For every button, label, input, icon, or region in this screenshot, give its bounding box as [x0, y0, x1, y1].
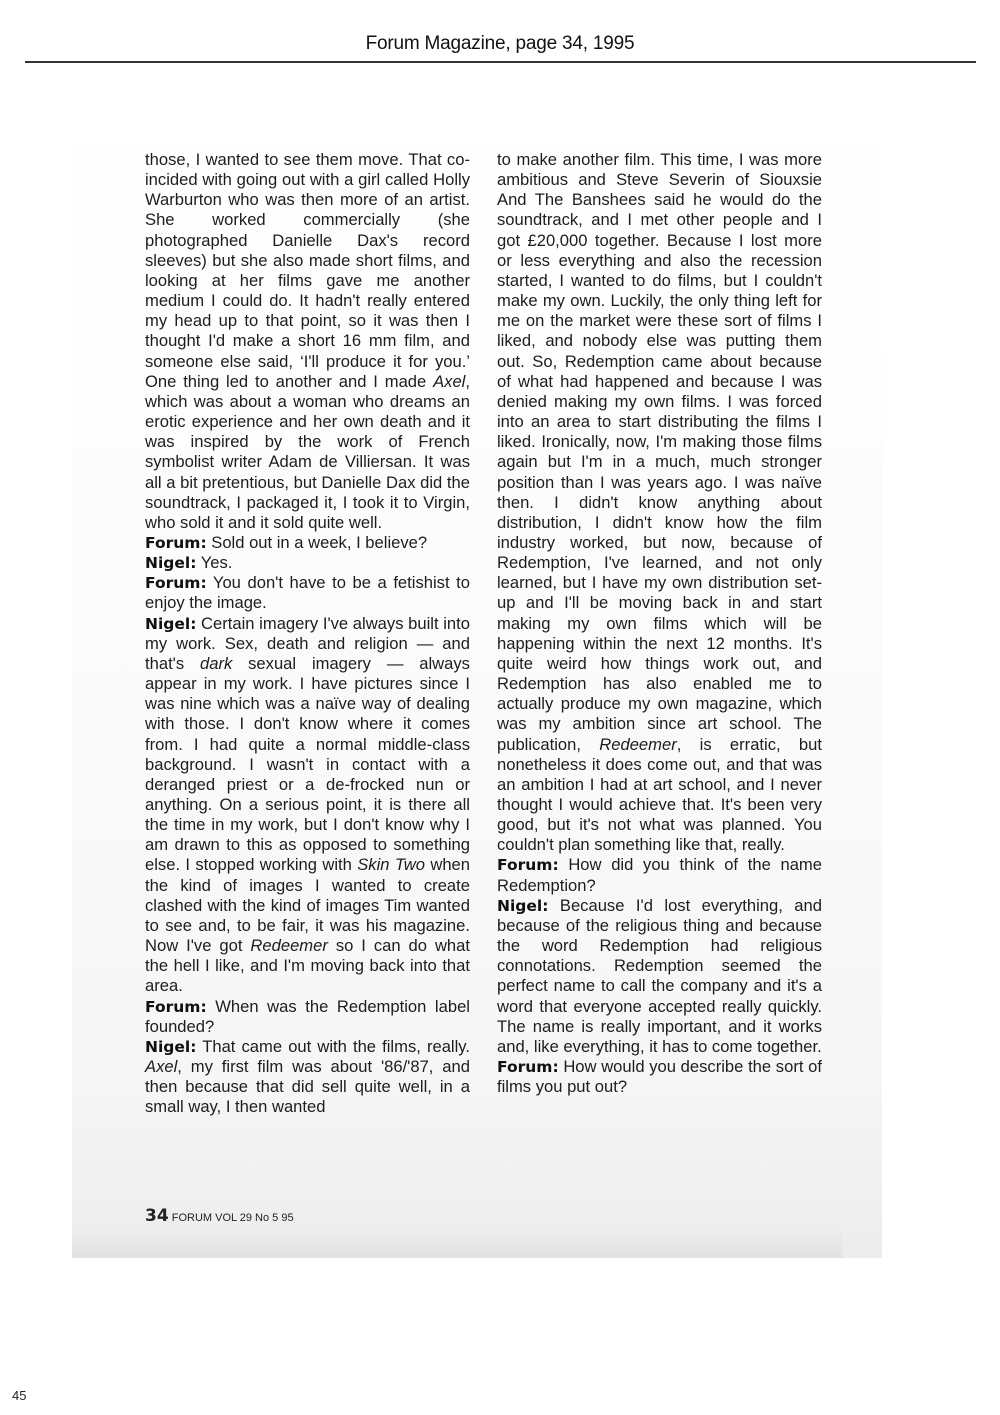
interview-question: Forum: How did you think of the name Red…: [497, 855, 822, 895]
speaker-label: Forum:: [145, 574, 207, 592]
article-column-left: those, I wanted to see them move. That c…: [145, 150, 470, 1118]
page-title: Forum Magazine, page 34, 1995: [0, 33, 1000, 55]
interview-answer: Nigel: Yes.: [145, 553, 470, 573]
film-title: Axel: [145, 1057, 177, 1076]
speaker-label: Forum:: [145, 534, 207, 552]
interview-question: Forum: You don't have to be a fetishist …: [145, 573, 470, 613]
header-divider: [25, 61, 976, 63]
speaker-label: Nigel:: [145, 615, 196, 633]
interview-question: Forum: Sold out in a week, I believe?: [145, 533, 470, 553]
interview-answer: Nigel: That came out with the films, rea…: [145, 1037, 470, 1118]
interview-question: Forum: How would you describe the sort o…: [497, 1057, 822, 1097]
speaker-label: Forum:: [497, 856, 559, 874]
interview-question: Forum: When was the Redemption label fou…: [145, 997, 470, 1037]
document-page-number: 45: [12, 1388, 26, 1403]
speaker-label: Forum:: [145, 998, 207, 1016]
folio-page-number: 34: [145, 1206, 169, 1226]
interview-answer: Nigel: Certain imagery I've always built…: [145, 614, 470, 997]
article-paragraph: those, I wanted to see them move. That c…: [145, 150, 470, 533]
interview-answer: Nigel: Because I'd lost everything, and …: [497, 896, 822, 1057]
magazine-title: Redeemer: [599, 735, 676, 754]
folio-issue-text: FORUM VOL 29 No 5 95: [169, 1212, 294, 1224]
speaker-label: Nigel:: [145, 1038, 196, 1056]
film-title: Axel: [433, 372, 465, 391]
magazine-title: Skin Two: [357, 855, 425, 874]
article-paragraph: to make another film. This time, I was m…: [497, 150, 822, 855]
speaker-label: Nigel:: [145, 554, 196, 572]
article-column-right: to make another film. This time, I was m…: [497, 150, 822, 1097]
magazine-folio: 34 FORUM VOL 29 No 5 95: [145, 1206, 294, 1226]
magazine-title: Redeemer: [250, 936, 327, 955]
speaker-label: Nigel:: [497, 897, 548, 915]
speaker-label: Forum:: [497, 1058, 559, 1076]
